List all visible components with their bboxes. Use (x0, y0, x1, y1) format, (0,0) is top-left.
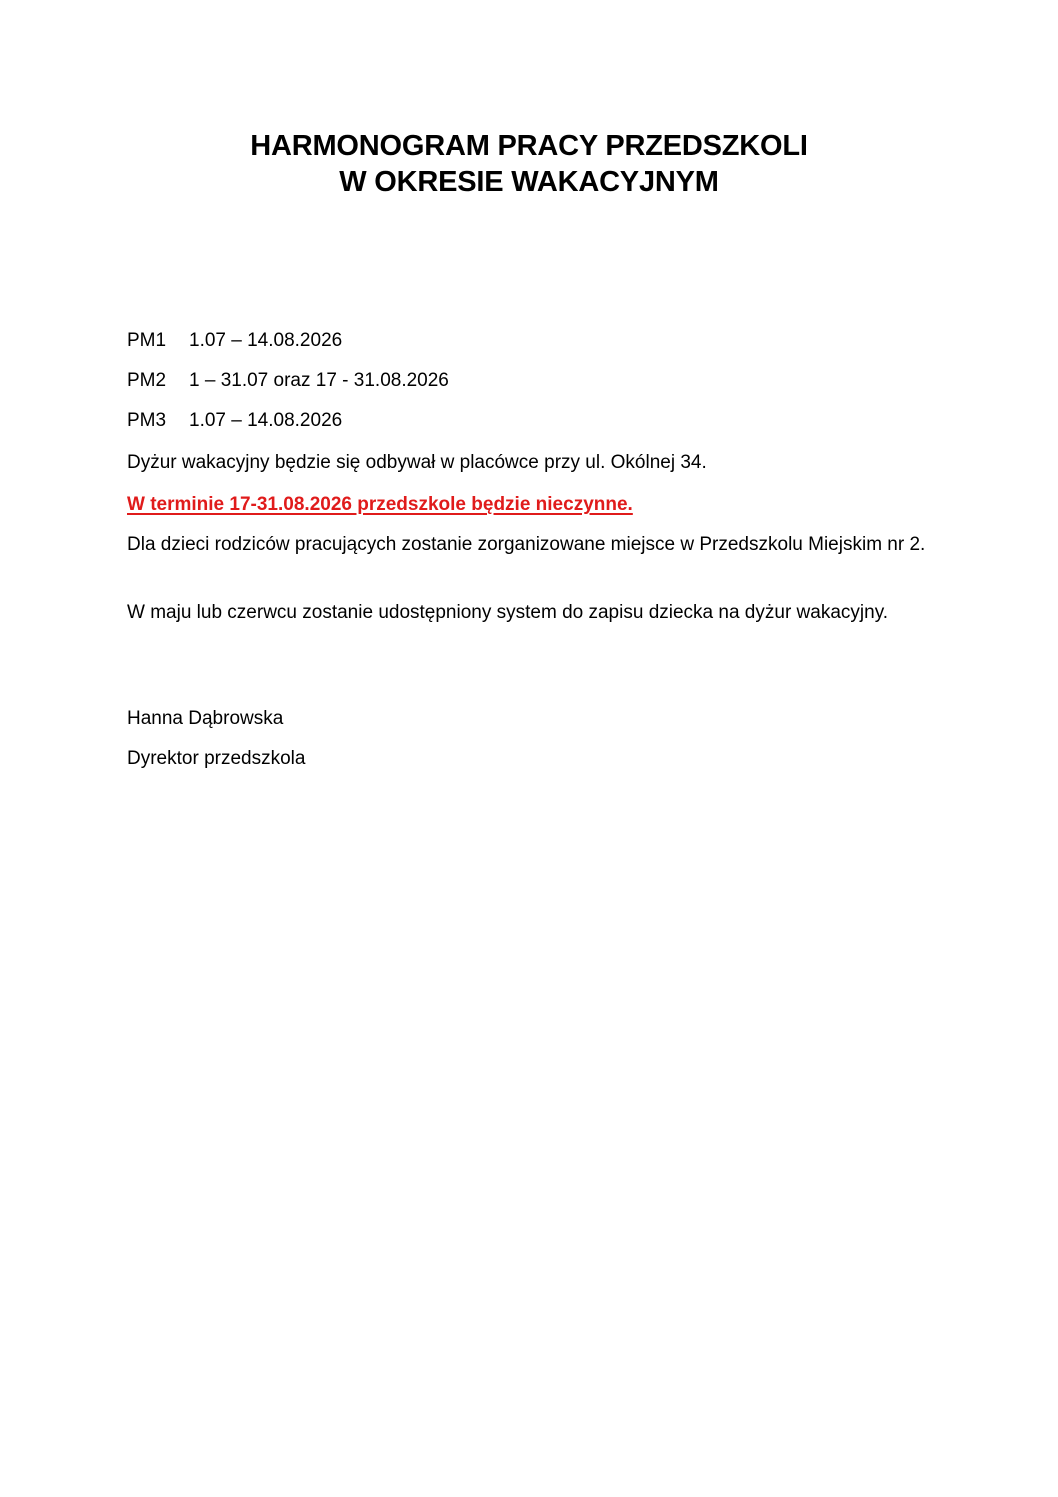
schedule-dates: 1 – 31.07 oraz 17 - 31.08.2026 (189, 370, 449, 391)
working-parents-paragraph: Dla dzieci rodziców pracujących zostanie… (127, 530, 933, 560)
closure-notice: W terminie 17-31.08.2026 przedszkole będ… (127, 493, 633, 517)
schedule-row-pm1: PM11.07 – 14.08.2026 (127, 329, 342, 353)
title-line-2: W OKRESIE WAKACYJNYM (0, 164, 1058, 200)
schedule-code: PM3 (127, 409, 189, 433)
duty-location-text: Dyżur wakacyjny będzie się odbywał w pla… (127, 451, 707, 475)
schedule-code: PM2 (127, 369, 189, 393)
signature-name: Hanna Dąbrowska (127, 707, 283, 731)
signature-role: Dyrektor przedszkola (127, 747, 305, 771)
title-line-1: HARMONOGRAM PRACY PRZEDSZKOLI (0, 128, 1058, 164)
schedule-row-pm2: PM21 – 31.07 oraz 17 - 31.08.2026 (127, 369, 449, 393)
schedule-row-pm3: PM31.07 – 14.08.2026 (127, 409, 342, 433)
document-title: HARMONOGRAM PRACY PRZEDSZKOLI W OKRESIE … (0, 128, 1058, 200)
registration-paragraph: W maju lub czerwcu zostanie udostępniony… (127, 598, 933, 628)
schedule-dates: 1.07 – 14.08.2026 (189, 410, 342, 431)
schedule-dates: 1.07 – 14.08.2026 (189, 330, 342, 351)
schedule-code: PM1 (127, 329, 189, 353)
document-page: HARMONOGRAM PRACY PRZEDSZKOLI W OKRESIE … (0, 0, 1058, 1497)
